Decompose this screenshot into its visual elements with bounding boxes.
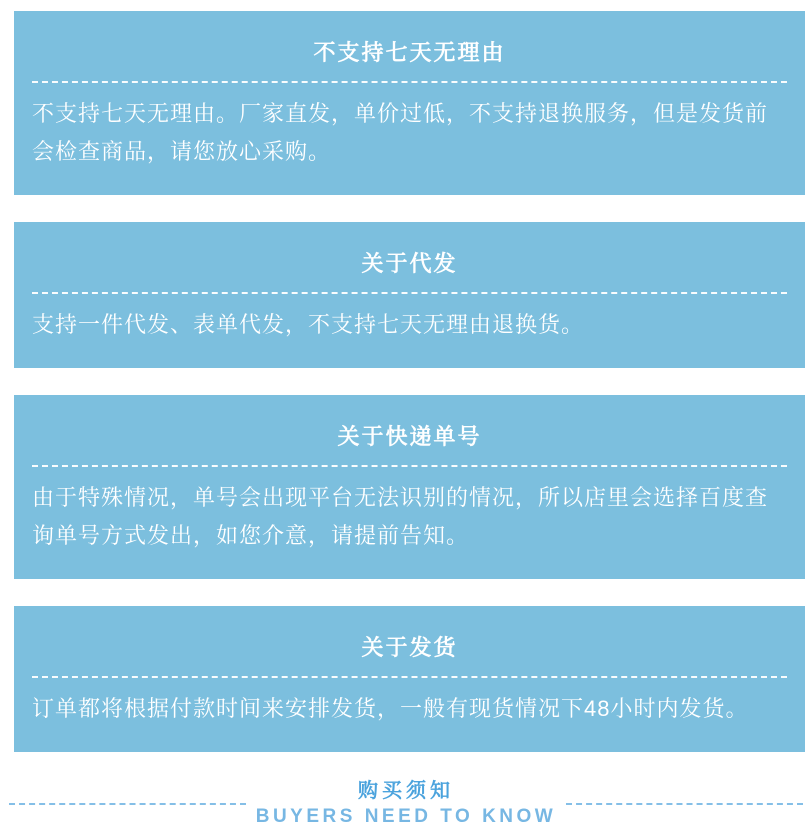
notice-card-title: 关于发货	[32, 632, 787, 664]
dotted-divider	[32, 465, 787, 467]
dotted-divider	[32, 292, 787, 294]
notice-card-title: 关于快递单号	[32, 421, 787, 453]
notice-card-body: 由于特殊情况，单号会出现平台无法识别的情况，所以店里会选择百度查询单号方式发出，…	[32, 479, 787, 555]
dotted-divider	[32, 676, 787, 678]
notice-card-title: 关于代发	[32, 248, 787, 280]
footer-heading: 购买须知 BUYERS NEED TO KNOW	[256, 779, 557, 829]
notice-card-shipping: 关于发货 订单都将根据付款时间来安排发货，一般有现货情况下48小时内发货。	[14, 606, 805, 752]
notice-card-body: 订单都将根据付款时间来安排发货，一般有现货情况下48小时内发货。	[32, 690, 787, 728]
footer: 购买须知 BUYERS NEED TO KNOW	[0, 779, 812, 829]
notice-card-body: 支持一件代发、表单代发，不支持七天无理由退换货。	[32, 306, 787, 344]
buyer-notice-page: 不支持七天无理由 不支持七天无理由。厂家直发，单价过低，不支持退换服务，但是发货…	[0, 0, 812, 829]
notice-card-title: 不支持七天无理由	[32, 37, 787, 69]
notice-card-tracking-number: 关于快递单号 由于特殊情况，单号会出现平台无法识别的情况，所以店里会选择百度查询…	[14, 395, 805, 579]
footer-title-zh: 购买须知	[358, 779, 454, 803]
notice-card-body: 不支持七天无理由。厂家直发，单价过低，不支持退换服务，但是发货前会检查商品，请您…	[32, 95, 787, 171]
dotted-divider	[32, 81, 787, 83]
footer-dash-left	[9, 803, 246, 805]
footer-dash-right	[566, 803, 803, 805]
notice-card-no-7day-return: 不支持七天无理由 不支持七天无理由。厂家直发，单价过低，不支持退换服务，但是发货…	[14, 11, 805, 195]
footer-title-en: BUYERS NEED TO KNOW	[256, 805, 557, 829]
notice-card-dropshipping: 关于代发 支持一件代发、表单代发，不支持七天无理由退换货。	[14, 222, 805, 368]
